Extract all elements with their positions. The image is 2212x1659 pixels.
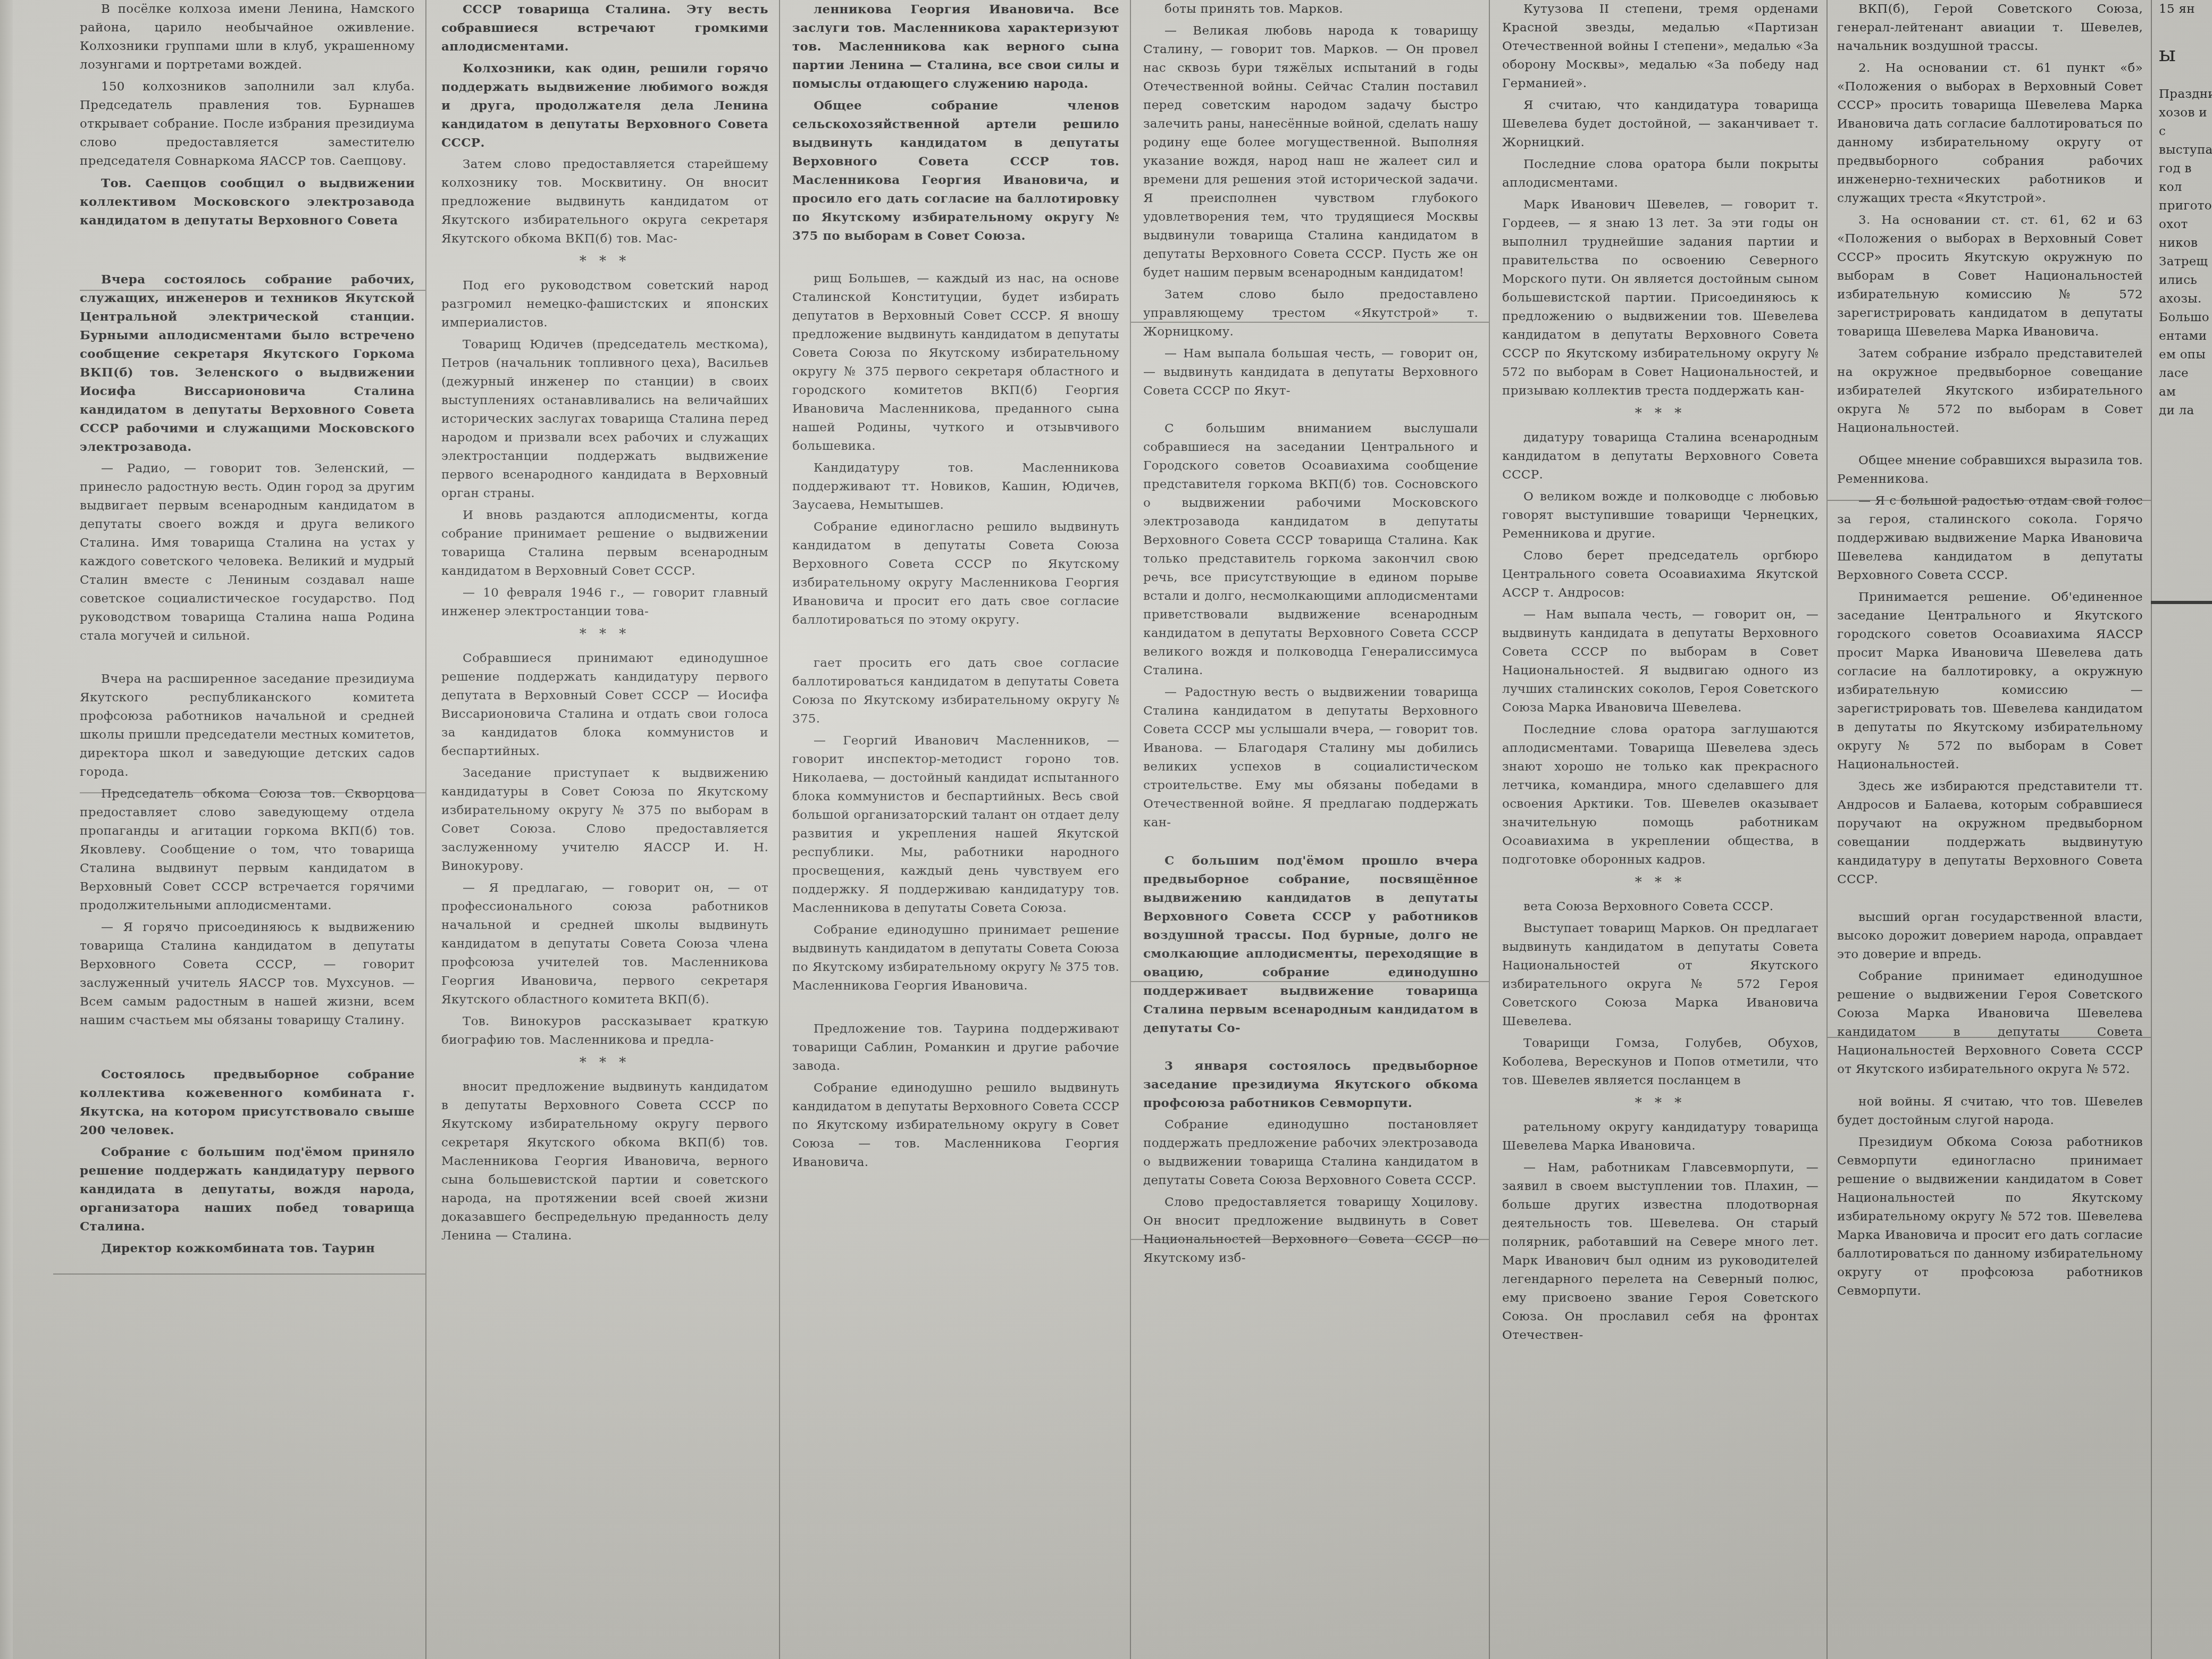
paragraph: С большим вниманием выслушали собравшиес… (1143, 420, 1478, 680)
column-5: Кутузова II степени, тремя орденами Крас… (1502, 0, 1819, 1348)
paragraph: рищ Большев, — каждый из нас, на основе … (792, 270, 1119, 456)
paragraph: Марк Иванович Шевелев, — говорит т. Горд… (1502, 196, 1819, 400)
paragraph: — Я предлагаю, — говорит он, — от профес… (441, 879, 768, 1009)
paragraph: Заседание приступает к выдвижению кандид… (441, 764, 768, 876)
paragraph: Общее собрание членов сельскохозяйственн… (792, 96, 1119, 245)
paragraph: Товарищи Гомза, Голубев, Обухов, Коболев… (1502, 1034, 1819, 1090)
paragraph: — Я с большой радостью отдам свой голос … (1837, 492, 2143, 585)
paragraph: — Великая любовь народа к товарищу Стали… (1143, 22, 1478, 282)
fragment: хозов и с (2159, 104, 2212, 141)
fragment: пригото (2159, 197, 2212, 215)
paragraph: Колхозники, как один, решили горячо подд… (441, 59, 768, 152)
column-rule (779, 0, 780, 1659)
fragment: ахозы. (2159, 290, 2212, 308)
paragraph: — Нам выпала большая честь, — говорит он… (1143, 345, 1478, 400)
fragment: ников (2159, 234, 2212, 253)
paragraph: вносит предложение выдвинуть кандидатом … (441, 1078, 768, 1245)
paragraph: 3 января состоялось предвыборное заседан… (1143, 1057, 1478, 1112)
paragraph: Слово предоставляется товарищу Хоцилову.… (1143, 1193, 1478, 1268)
paragraph: Предложение тов. Таурина поддерживают то… (792, 1020, 1119, 1076)
paragraph: Директор кожкомбината тов. Таурин (80, 1239, 415, 1258)
paragraph: — Радостную весть о выдвижении товарища … (1143, 683, 1478, 832)
paragraph: Собрание единогласно решило выдвинуть ка… (792, 518, 1119, 630)
paragraph: 150 колхозников заполнили зал клуба. Пре… (80, 78, 415, 171)
paragraph: боты принять тов. Марков. (1143, 0, 1478, 19)
paragraph: Затем слово предоставляется старейшему к… (441, 155, 768, 248)
column-rule (1130, 0, 1131, 1659)
paragraph: — Нам выпала честь, — говорит он, — выдв… (1502, 606, 1819, 717)
fragment: Затрещ (2159, 253, 2212, 271)
paragraph: высший орган государственной власти, выс… (1837, 908, 2143, 964)
section-separator: * * * (441, 1054, 768, 1073)
column-7-edge: 15 ян ы Празднично хозов и с выступает г… (2159, 0, 2212, 420)
newspaper-page: В посёлке колхоза имени Ленина, Намского… (0, 0, 2212, 1659)
paragraph: Я считаю, что кандидатура товарища Шевел… (1502, 96, 1819, 152)
paragraph: 3. На основании ст. ст. 61, 62 и 63 «Пол… (1837, 211, 2143, 341)
paragraph: С большим под'ёмом прошло вчера предвыбо… (1143, 851, 1478, 1037)
section-separator: * * * (441, 253, 768, 271)
paragraph: Президиум Обкома Союза работников Севмор… (1837, 1133, 2143, 1301)
section-bar (2151, 601, 2212, 604)
fragment: 15 ян (2159, 0, 2212, 19)
paragraph: Вчера состоялось собрание рабочих, служа… (80, 270, 415, 456)
paragraph: дидатуру товарища Сталина всенародным ка… (1502, 429, 1819, 484)
paragraph: СССР товарища Сталина. Эту весть собравш… (441, 0, 768, 56)
paragraph: Затем слово было предоставлено управляющ… (1143, 286, 1478, 341)
paragraph: вета Союза Верховного Совета СССР. (1502, 898, 1819, 916)
paragraph: — 10 февраля 1946 г., — говорит главный … (441, 584, 768, 621)
column-6: ВКП(б), Герой Советского Союза, генерал-… (1837, 0, 2143, 1304)
paragraph: Последние слова оратора заглушаются апло… (1502, 720, 1819, 869)
paragraph: Вчера на расширенное заседание президиум… (80, 670, 415, 782)
paragraph: рательному округу кандидатуру товарища Ш… (1502, 1118, 1819, 1155)
paragraph: О великом вожде и полководце с любовью г… (1502, 488, 1819, 543)
paragraph: Кутузова II степени, тремя орденами Крас… (1502, 0, 1819, 93)
paragraph: Тов. Саепцов сообщил о выдвижении коллек… (80, 174, 415, 230)
column-3: ленникова Георгия Ивановича. Все заслуги… (792, 0, 1119, 1175)
column-rule (1826, 0, 1828, 1659)
fragment: Празднично (2159, 85, 2212, 104)
column-rule (2151, 0, 2152, 1659)
paragraph: Последние слова оратора были покрыты апл… (1502, 155, 1819, 192)
paragraph: Слово берет председатель оргбюро Централ… (1502, 547, 1819, 602)
paragraph: — Я горячо присоединяюсь к выдвижению то… (80, 918, 415, 1030)
paragraph: Председатель обкома Союза тов. Скворцова… (80, 785, 415, 915)
paragraph: Выступает товарищ Марков. Он предлагает … (1502, 919, 1819, 1031)
paragraph: Собравшиеся принимают единодушное решени… (441, 649, 768, 761)
paragraph: Принимается решение. Об'единенное заседа… (1837, 588, 2143, 774)
paragraph: гает просить его дать свое согласие балл… (792, 654, 1119, 728)
paragraph: Здесь же избираются представители тт. Ан… (1837, 777, 2143, 889)
paragraph: Собрание принимает единодушное решение о… (1837, 967, 2143, 1079)
paragraph: — Нам, работникам Главсевморпути, — заяв… (1502, 1159, 1819, 1345)
section-separator: * * * (1502, 1094, 1819, 1113)
column-1: В посёлке колхоза имени Ленина, Намского… (80, 0, 415, 1261)
paragraph: В посёлке колхоза имени Ленина, Намского… (80, 0, 415, 74)
page-fold-shadow (0, 0, 13, 1659)
paragraph: — Георгий Иванович Масленников, — говори… (792, 732, 1119, 918)
paragraph: Тов. Винокуров рассказывает краткую биог… (441, 1012, 768, 1050)
paragraph: ной войны. Я считаю, что тов. Шевелев бу… (1837, 1093, 2143, 1130)
paragraph: Товарищ Юдичев (председатель месткома), … (441, 336, 768, 503)
paragraph: — Радио, — говорит тов. Зеленский, — при… (80, 459, 415, 646)
article-divider (53, 1273, 425, 1275)
fragment: ились (2159, 271, 2212, 290)
fragment: год в кол (2159, 160, 2212, 197)
column-4: боты принять тов. Марков. — Великая любо… (1143, 0, 1478, 1271)
fragment: Большо (2159, 308, 2212, 327)
paragraph: Собрание с большим под'ёмом приняло реше… (80, 1143, 415, 1236)
paragraph: 2. На основании ст. 61 пункт «б» «Положе… (1837, 59, 2143, 208)
paragraph: Собрание единодушно принимает решение вы… (792, 921, 1119, 995)
fragment: ы (2159, 45, 2212, 64)
section-separator: * * * (1502, 874, 1819, 892)
paragraph: Собрание единодушно постановляет поддерж… (1143, 1116, 1478, 1190)
column-rule (1489, 0, 1490, 1659)
paragraph: Собрание единодушно решило выдвинуть кан… (792, 1079, 1119, 1172)
fragment: ди ла (2159, 401, 2212, 420)
paragraph: Состоялось предвыборное собрание коллект… (80, 1065, 415, 1139)
paragraph: Общее мнение собравшихся выразила тов. Р… (1837, 451, 2143, 489)
fragment: ам (2159, 383, 2212, 401)
fragment: охот (2159, 215, 2212, 234)
column-2: СССР товарища Сталина. Эту весть собравш… (441, 0, 768, 1249)
fragment: выступает (2159, 141, 2212, 160)
paragraph: И вновь раздаются аплодисменты, когда со… (441, 506, 768, 581)
fragment: ласе (2159, 364, 2212, 383)
section-separator: * * * (441, 625, 768, 644)
paragraph: ленникова Георгия Ивановича. Все заслуги… (792, 0, 1119, 93)
paragraph: ВКП(б), Герой Советского Союза, генерал-… (1837, 0, 2143, 56)
section-separator: * * * (1502, 405, 1819, 423)
paragraph: Кандидатуру тов. Масленникова поддержива… (792, 459, 1119, 515)
column-rule (425, 0, 426, 1659)
paragraph: Затем собрание избрало представителей на… (1837, 345, 2143, 438)
fragment: ентами (2159, 327, 2212, 346)
fragment: ем опы (2159, 346, 2212, 364)
paragraph: Под его руководством советский народ раз… (441, 276, 768, 332)
